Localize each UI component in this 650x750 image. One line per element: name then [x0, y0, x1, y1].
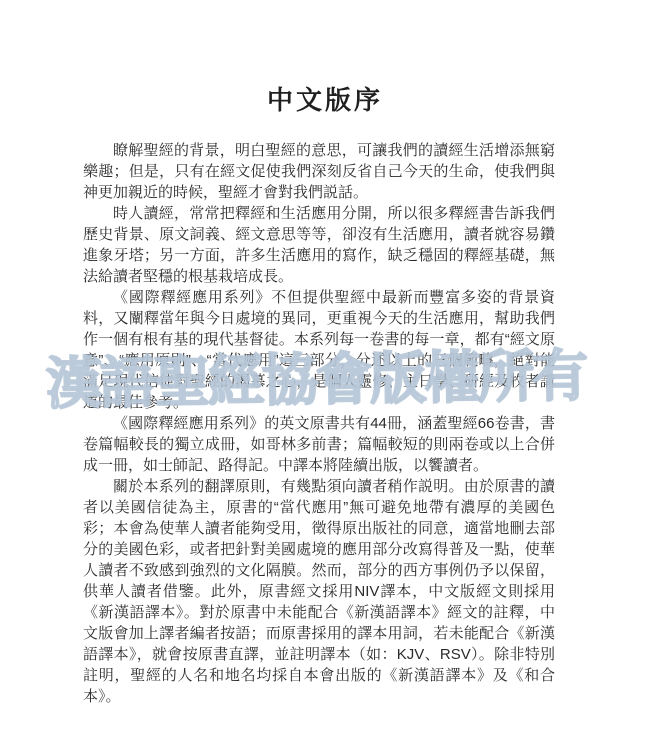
paragraph: 《國際釋經應用系列》的英文原書共有44冊，涵蓋聖經66卷書，書卷篇幅較長的獨立成… [83, 413, 555, 476]
paragraph: 時人讀經，常常把釋經和生活應用分開，所以很多釋經書告訴我們歷史背景、原文詞義、經… [83, 203, 555, 287]
paragraph: 關於本系列的翻譯原則，有幾點須向讀者稍作説明。由於原書的讀者以美國信徒為主，原書… [83, 476, 555, 707]
paragraph: 《國際釋經應用系列》不但提供聖經中最新而豐富多姿的背景資料，又闡釋當年與今日處境… [83, 287, 555, 413]
paragraph: 瞭解聖經的背景，明白聖經的意思，可讓我們的讀經生活增添無窮樂趣；但是，只有在經文… [83, 140, 555, 203]
page-title: 中文版序 [0, 80, 650, 117]
preface-body: 瞭解聖經的背景，明白聖經的意思，可讓我們的讀經生活增添無窮樂趣；但是，只有在經文… [83, 140, 555, 707]
book-page: 中文版序 瞭解聖經的背景，明白聖經的意思，可讓我們的讀經生活增添無窮樂趣；但是，… [0, 0, 650, 750]
